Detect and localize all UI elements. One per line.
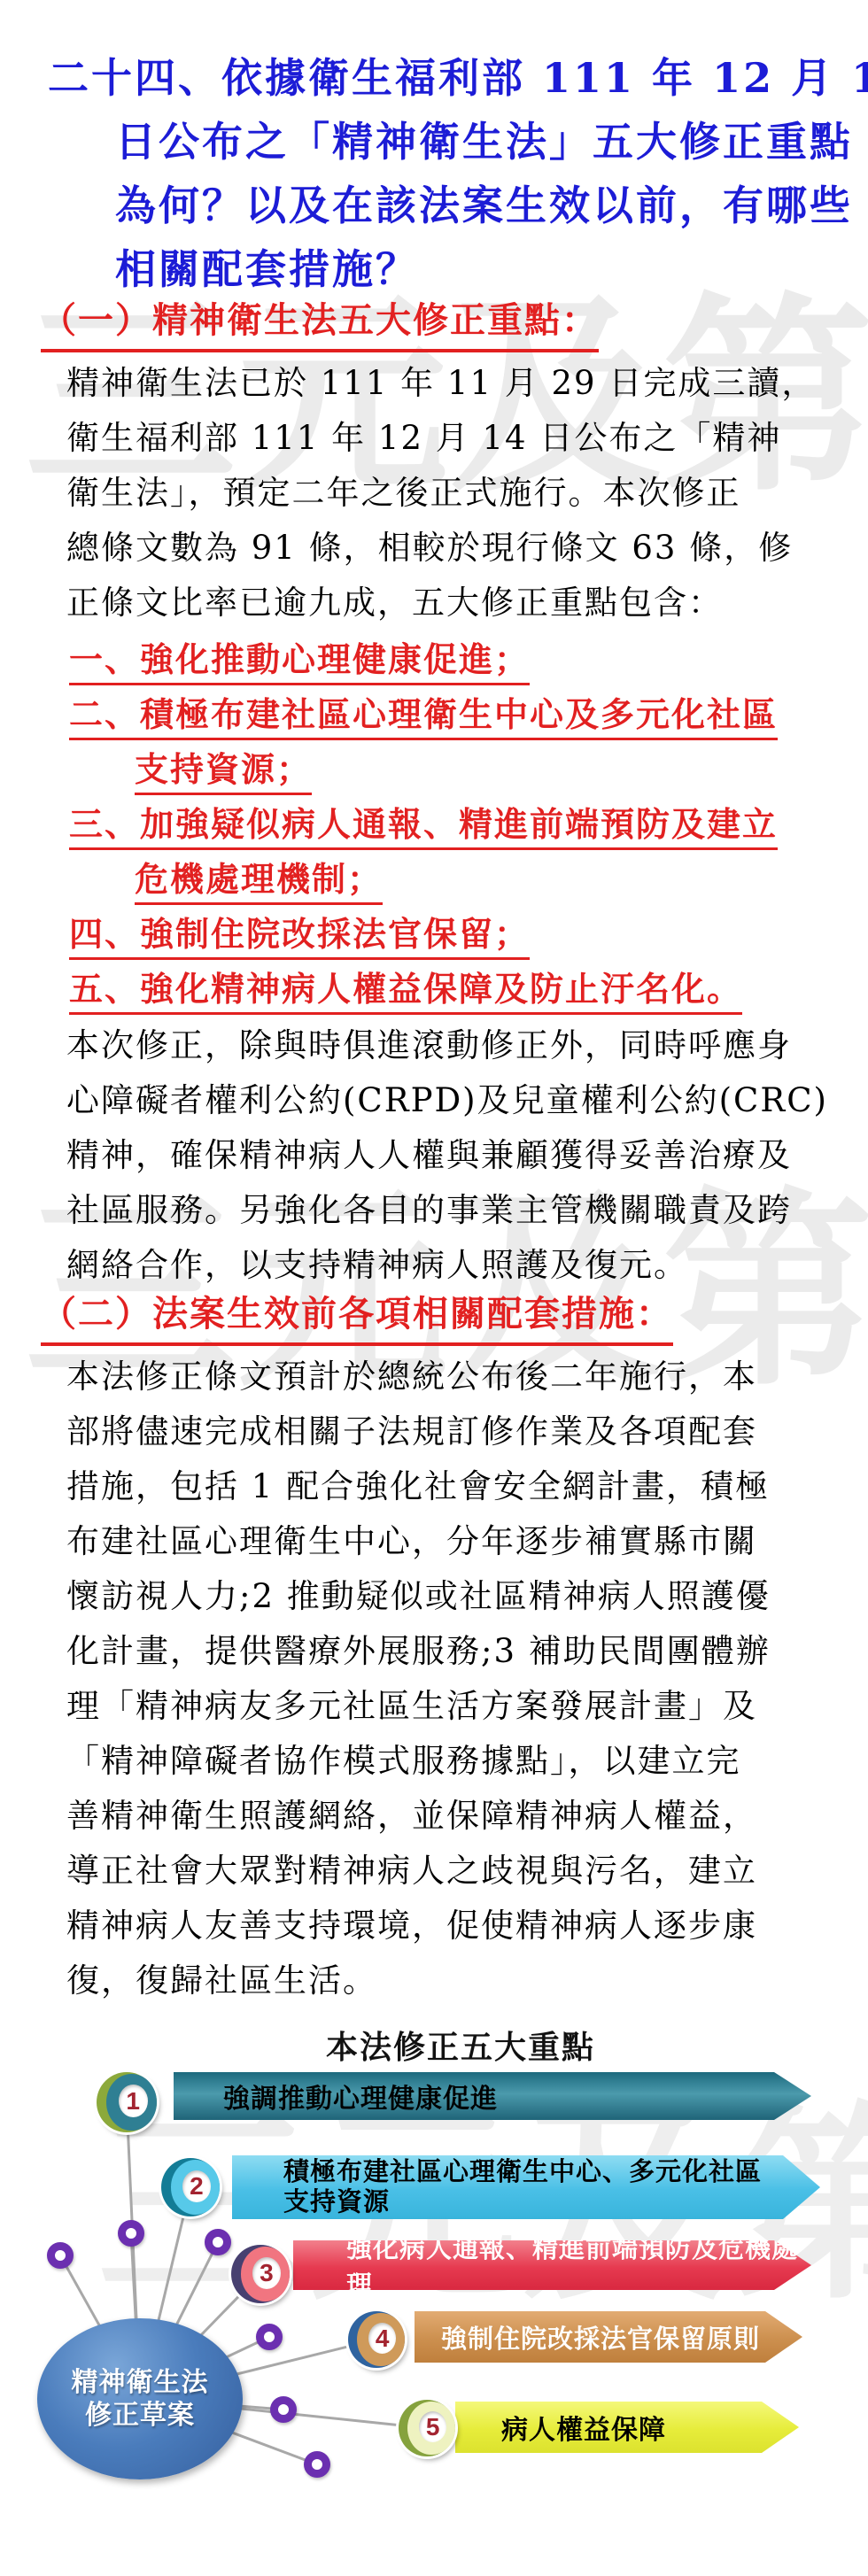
badge-sphere: 4 [357,2313,405,2366]
key-point-item: 二、積極布建社區心理衛生中心及多元化社區 [69,687,778,742]
body-line: 導正社會大眾對精神病人之歧視與污名，建立 [66,1844,771,1899]
body-line: 化計畫，提供醫療外展服務;3 補助民間團體辦 [66,1624,771,1679]
body-line: 精神病人友善支持環境，促使精神病人逐步康 [66,1899,771,1953]
decor-ring-icon [256,2324,283,2350]
badge-sphere: 3 [241,2247,290,2301]
diagram-banner-5-label: 病人權益保障 [501,2408,666,2447]
question-title: 二十四、依據衛生福利部 111 年 12 月 14 日公布之「精神衛生法」五大修… [48,46,868,301]
body-line: 社區服務。另強化各目的事業主管機關職責及跨 [66,1183,828,1238]
key-point-item: 五、強化精神病人權益保障及防止汙名化。 [69,962,778,1017]
section1-heading: （一）精神衛生法五大修正重點： [41,292,599,352]
badge-number: 5 [419,2411,446,2442]
source-node-label-line: 修正草案 [85,2399,195,2432]
body-line: 「精神障礙者協作模式服務據點」，以建立完 [66,1734,771,1789]
decor-ring-icon [118,2220,144,2247]
body-line: 精神衛生法已於 111 年 11 月 29 日完成三讀， [66,356,816,411]
body-line: 衛生福利部 111 年 12 月 14 日公布之「精神 [66,411,816,466]
diagram-banner-1-label: 強調推動心理健康促進 [223,2077,498,2116]
section2-heading: （二）法案生效前各項相關配套措施： [41,1286,673,1346]
body-line: 本次修正，除與時俱進滾動修正外，同時呼應身 [66,1018,828,1073]
source-node-label-line: 精神衛生法 [72,2366,209,2399]
key-point-item-continuation: 支持資源； [69,742,778,797]
body-line: 心障礙者權利公約(CRPD)及兒童權利公約(CRC) [66,1073,828,1128]
body-line: 部將儘速完成相關子法規訂修作業及各項配套 [66,1404,771,1459]
body-line: 善精神衛生照護網絡，並保障精神病人權益， [66,1789,771,1844]
body-line: 懷訪視人力;2 推動疑似或社區精神病人照護優 [66,1569,771,1624]
key-point-item: 四、強制住院改採法官保留； [69,907,778,962]
diagram-banner-2: 積極布建社區心理衛生中心、多元化社區支持資源 [232,2155,820,2219]
diagram-badge-5: 5 [399,2400,455,2456]
document-page: 三元及第 三元及第 三元及第 二十四、依據衛生福利部 111 年 12 月 14… [0,0,868,2576]
body-line: 總條文數為 91 條，相較於現行條文 63 條，修 [66,521,816,576]
question-title-line: 二十四、依據衛生福利部 111 年 12 月 14 [48,46,868,110]
question-title-line: 日公布之「精神衛生法」五大修正重點 [48,110,868,174]
badge-number: 4 [368,2323,396,2354]
key-point-item-continuation: 危機處理機制； [69,852,778,907]
section2-heading-text: （二）法案生效前各項相關配套措施： [41,1286,673,1346]
diagram-badge-2: 2 [161,2158,220,2216]
badge-sphere: 5 [407,2402,455,2455]
decor-ring-icon [270,2396,297,2423]
body-line: 復，復歸社區生活。 [66,1953,771,2008]
body-line: 理「精神病友多元社區生活方案發展計畫」及 [66,1679,771,1734]
diagram-banner-2-label: 積極布建社區心理衛生中心、多元化社區支持資源 [283,2157,763,2217]
section1-heading-text: （一）精神衛生法五大修正重點： [41,292,599,352]
decor-ring-icon [205,2229,231,2255]
key-point-item: 三、加強疑似病人通報、精進前端預防及建立 [69,797,778,852]
diagram-banner-1: 強調推動心理健康促進 [174,2072,811,2120]
body-line: 本法修正條文預計於總統公布後二年施行，本 [66,1350,771,1404]
paragraph-crpd: 本次修正，除與時俱進滾動修正外，同時呼應身 心障礙者權利公約(CRPD)及兒童權… [66,1018,828,1293]
badge-sphere: 2 [171,2160,220,2215]
diagram-badge-1: 1 [97,2072,157,2132]
diagram-badge-4: 4 [348,2311,405,2368]
paragraph-intro: 精神衛生法已於 111 年 11 月 29 日完成三讀， 衛生福利部 111 年… [66,356,816,630]
diagram-badge-3: 3 [231,2245,290,2303]
body-line: 正條文比率已逾九成，五大修正重點包含： [66,576,816,630]
diagram-banner-4-label: 強制住院改採法官保留原則 [441,2319,760,2356]
badge-sphere: 1 [106,2074,157,2131]
diagram-source-node: 精神衛生法 修正草案 [37,2318,243,2479]
badge-number: 1 [119,2085,148,2117]
body-line: 衛生法」，預定二年之後正式施行。本次修正 [66,466,816,521]
badge-number: 3 [252,2257,281,2289]
diagram-banner-3: 強化病人通報、精進前端預防及危機處理 [293,2240,811,2290]
key-points-list: 一、強化推動心理健康促進； 二、積極布建社區心理衛生中心及多元化社區 支持資源；… [69,632,778,1017]
badge-number: 2 [182,2170,211,2202]
question-title-line: 為何？以及在該法案生效以前，有哪些 [48,174,868,237]
decor-ring-icon [47,2242,74,2269]
paragraph-measures: 本法修正條文預計於總統公布後二年施行，本 部將儘速完成相關子法規訂修作業及各項配… [66,1350,771,2008]
diagram-banner-5: 病人權益保障 [455,2402,799,2453]
decor-ring-icon [304,2451,330,2478]
key-points-diagram: 本法修正五大重點 強調推動心理健康促進 積極布建社區心理衛生中心、多元化社區支持… [0,2019,868,2550]
body-line: 網絡合作，以支持精神病人照護及復元。 [66,1238,828,1293]
diagram-banner-4: 強制住院改採法官保留原則 [415,2311,802,2363]
body-line: 措施，包括 1 配合強化社會安全網計畫，積極 [66,1459,771,1514]
key-point-item: 一、強化推動心理健康促進； [69,632,778,687]
body-line: 布建社區心理衛生中心，分年逐步補實縣市關 [66,1514,771,1569]
body-line: 精神，確保精神病人人權與兼顧獲得妥善治療及 [66,1128,828,1183]
